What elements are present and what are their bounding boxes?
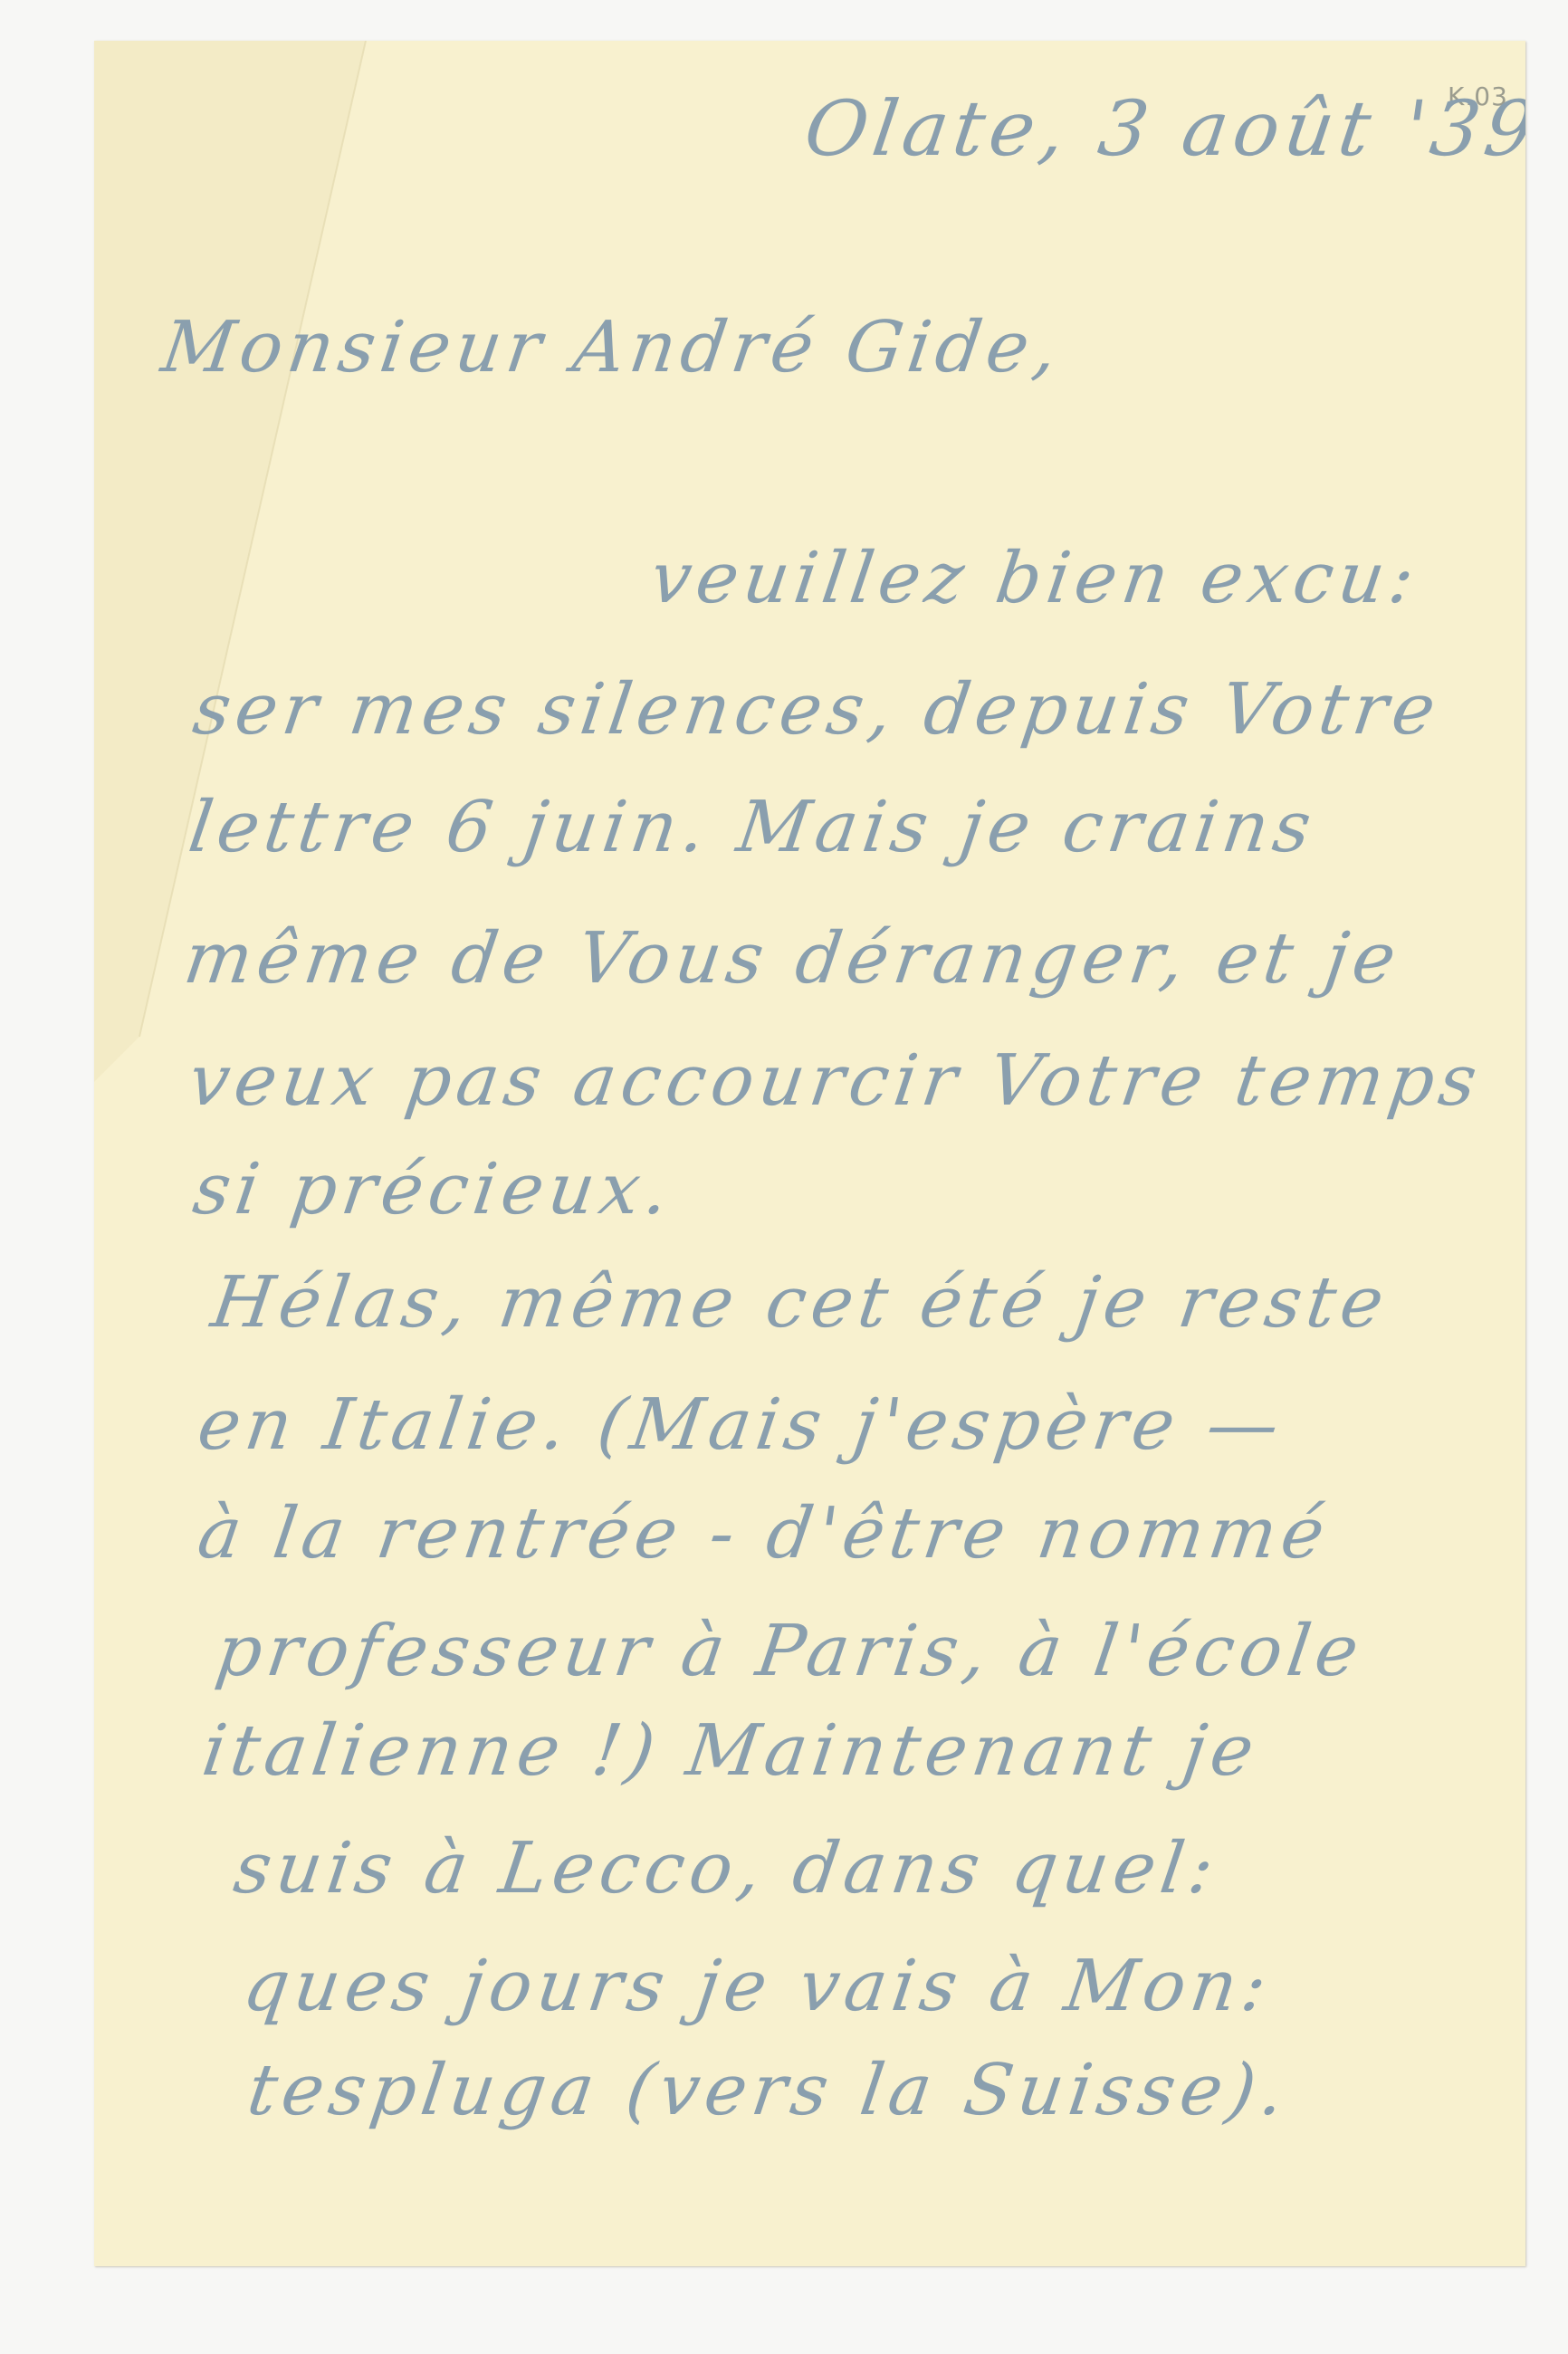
body-line-10: professeur à Paris, à l'école <box>212 1616 1368 1687</box>
body-line-12: suis à Lecco, dans quel: <box>230 1833 1223 1904</box>
salutation: Monsieur André Gide, <box>158 312 1066 383</box>
body-line-1: veuillez bien excu: <box>646 543 1424 614</box>
body-line-2: ser mes silences, depuis Votre <box>189 675 1445 745</box>
body-line-9: à la rentrée - d'être nommé <box>194 1498 1334 1569</box>
letter-page: K.03 Olate, 3 août '39 Monsieur André Gi… <box>94 41 1525 2266</box>
body-line-4: même de Vous déranger, et je <box>180 923 1405 994</box>
body-line-14: tespluga (vers la Suisse). <box>244 2055 1294 2126</box>
body-line-11: italienne !) Maintenant je <box>198 1716 1263 1786</box>
date-line: Olate, 3 août '39 <box>800 91 1525 167</box>
body-line-8: en Italie. (Mais j'espère — <box>194 1390 1288 1460</box>
body-line-5: veux pas accourcir Votre temps <box>185 1046 1487 1116</box>
body-line-6: si précieux. <box>189 1154 678 1225</box>
body-line-3: lettre 6 juin. Mais je crains <box>185 792 1321 863</box>
body-line-7: Hélas, même cet été je reste <box>207 1268 1393 1338</box>
body-line-13: ques jours je vais à Mon: <box>239 1951 1276 2022</box>
